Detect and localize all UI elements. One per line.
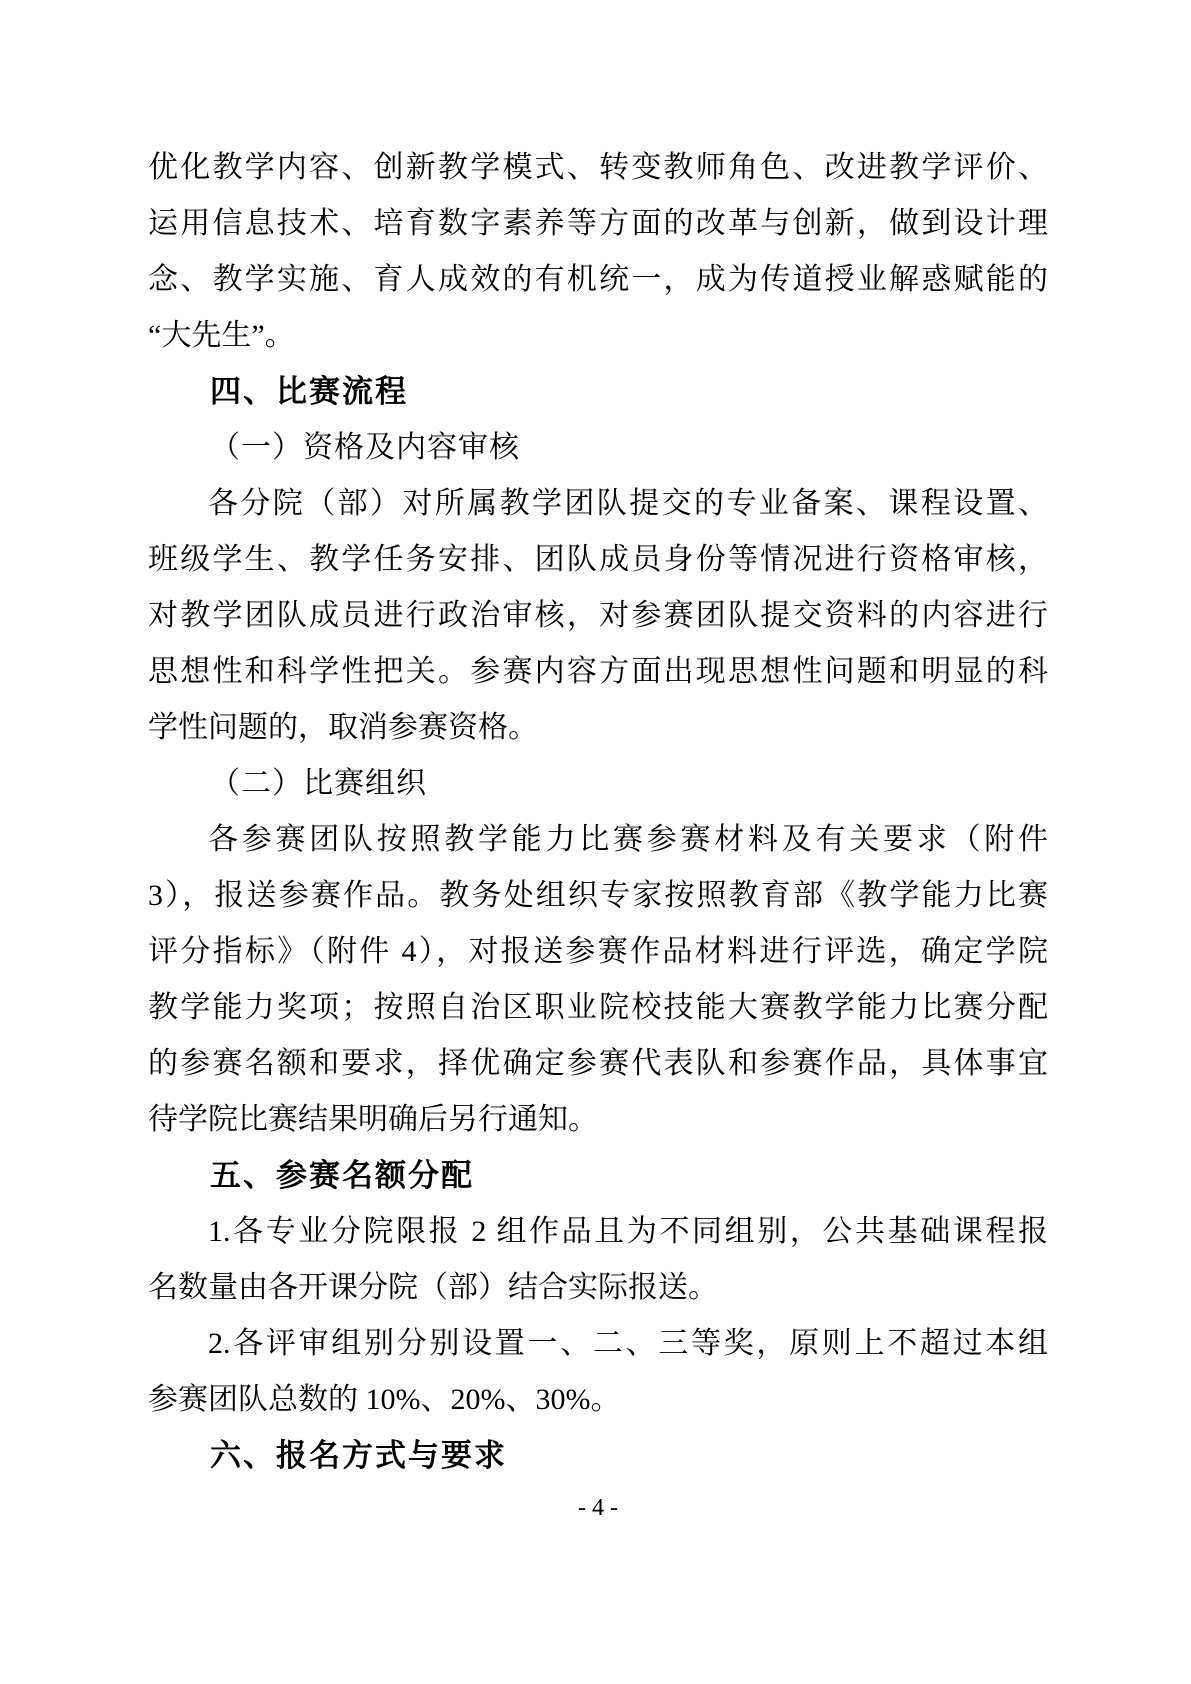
section-heading: 五、参赛名额分配 [148,1148,1048,1204]
text-line: 评分指标》（附件 4），对报送参赛作品材料进行评选，确定学院 [148,924,1048,980]
paragraph: 各参赛团队按照教学能力比赛参赛材料及有关要求（附件3），报送参赛作品。教务处组织… [148,812,1048,1148]
text-line: 3），报送参赛作品。教务处组织专家按照教育部《教学能力比赛 [148,868,1048,924]
document-page: 优化教学内容、创新教学模式、转变教师角色、改进教学评价、运用信息技术、培育数字素… [0,0,1191,1684]
text-line: 对教学团队成员进行政治审核，对参赛团队提交资料的内容进行 [148,588,1048,644]
text-line: 优化教学内容、创新教学模式、转变教师角色、改进教学评价、 [148,140,1048,196]
text-line: “大先生”。 [148,308,1048,364]
document-body: 优化教学内容、创新教学模式、转变教师角色、改进教学评价、运用信息技术、培育数字素… [148,140,1048,1484]
text-line: 念、教学实施、育人成效的有机统一，成为传道授业解惑赋能的 [148,252,1048,308]
text-line: 教学能力奖项；按照自治区职业院校技能大赛教学能力比赛分配 [148,980,1048,1036]
text-line: 思想性和科学性把关。参赛内容方面出现思想性问题和明显的科 [148,644,1048,700]
sub-section-heading: （一）资格及内容审核 [148,420,1048,476]
text-line: 名数量由各开课分院（部）结合实际报送。 [148,1260,1048,1316]
section-heading: 四、比赛流程 [148,364,1048,420]
sub-section-heading: （二）比赛组织 [148,756,1048,812]
page-number: - 4 - [148,1492,1048,1524]
paragraph: 优化教学内容、创新教学模式、转变教师角色、改进教学评价、运用信息技术、培育数字素… [148,140,1048,364]
text-line: 的参赛名额和要求，择优确定参赛代表队和参赛作品，具体事宜 [148,1036,1048,1092]
text-line: 学性问题的，取消参赛资格。 [148,700,1048,756]
text-line: 班级学生、教学任务安排、团队成员身份等情况进行资格审核， [148,532,1048,588]
paragraph: 各分院（部）对所属教学团队提交的专业备案、课程设置、班级学生、教学任务安排、团队… [148,476,1048,756]
text-line: 各分院（部）对所属教学团队提交的专业备案、课程设置、 [148,476,1048,532]
text-line: 各参赛团队按照教学能力比赛参赛材料及有关要求（附件 [148,812,1048,868]
paragraph: 1.各专业分院限报 2 组作品且为不同组别，公共基础课程报名数量由各开课分院（部… [148,1204,1048,1316]
text-line: 待学院比赛结果明确后另行通知。 [148,1092,1048,1148]
text-line: 1.各专业分院限报 2 组作品且为不同组别，公共基础课程报 [148,1204,1048,1260]
text-line: 2.各评审组别分别设置一、二、三等奖，原则上不超过本组 [148,1316,1048,1372]
section-heading: 六、报名方式与要求 [148,1428,1048,1484]
paragraph: 2.各评审组别分别设置一、二、三等奖，原则上不超过本组参赛团队总数的 10%、2… [148,1316,1048,1428]
text-line: 运用信息技术、培育数字素养等方面的改革与创新，做到设计理 [148,196,1048,252]
text-line: 参赛团队总数的 10%、20%、30%。 [148,1372,1048,1428]
